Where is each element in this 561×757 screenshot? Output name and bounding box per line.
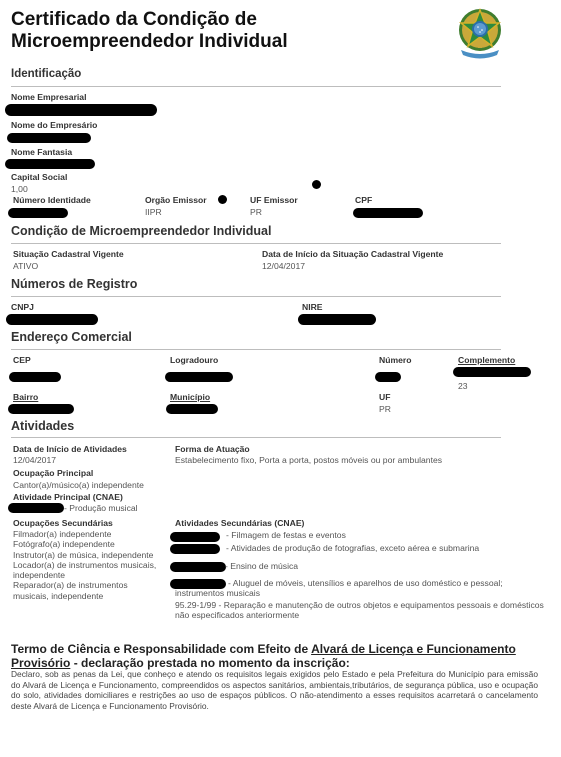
orgao-emissor-label: Orgão Emissor — [145, 195, 207, 205]
complemento-value: 23 — [458, 381, 468, 391]
redacted-logradouro — [165, 372, 233, 382]
uf-emissor-label: UF Emissor — [250, 195, 298, 205]
redaction-dot — [312, 180, 321, 189]
atividade-secundaria-desc: - Reparação e manutenção de outros objet… — [175, 600, 544, 620]
redacted-nire — [298, 314, 376, 325]
list-item: Reparador(a) de instrumentos musicais, i… — [13, 580, 163, 601]
redacted-cpf — [353, 208, 423, 218]
complemento-label: Complemento — [458, 355, 515, 365]
redacted-nome-empresarial — [5, 104, 157, 116]
data-inicio-situacao-label: Data de Início da Situação Cadastral Vig… — [262, 249, 443, 259]
cpf-label: CPF — [355, 195, 372, 205]
brazil-coat-of-arms-icon — [455, 6, 505, 62]
numero-identidade-label: Número Identidade — [13, 195, 91, 205]
cnae-code: 95.29-1/99 — [175, 600, 216, 610]
divider — [11, 296, 501, 297]
termo-heading-prefix: Termo de Ciência e Responsabilidade com … — [11, 642, 311, 656]
cep-label: CEP — [13, 355, 31, 365]
redacted-bairro — [8, 404, 74, 414]
redacted-nome-empresario — [7, 133, 91, 143]
nome-empresarial-label: Nome Empresarial — [11, 92, 86, 102]
logradouro-label: Logradouro — [170, 355, 218, 365]
redacted-cnae-code — [170, 544, 220, 554]
orgao-emissor-value: IIPR — [145, 207, 162, 217]
list-item: Fotógrafo(a) independente — [13, 539, 163, 549]
redacted-cnae-principal — [8, 503, 64, 513]
list-item: Locador(a) de instrumentos musicais, ind… — [13, 560, 163, 581]
redacted-cep — [9, 372, 61, 382]
divider — [11, 437, 501, 438]
termo-heading-suffix: - declaração prestada no momento da insc… — [70, 656, 349, 670]
atividade-secundaria-item: 95.29-1/99 - Reparação e manutenção de o… — [175, 600, 545, 621]
situacao-cadastral-label: Situação Cadastral Vigente — [13, 249, 124, 259]
redacted-cnae-code — [170, 562, 226, 572]
uf-value: PR — [379, 404, 391, 414]
uf-label: UF — [379, 392, 390, 402]
forma-atuacao-label: Forma de Atuação — [175, 444, 250, 454]
municipio-label: Município — [170, 392, 210, 402]
ocupacao-principal-label: Ocupação Principal — [13, 468, 93, 478]
atividade-secundaria-desc: - Ensino de música — [225, 561, 298, 571]
document-title: Certificado da Condição de Microempreend… — [11, 9, 331, 53]
termo-heading: Termo de Ciência e Responsabilidade com … — [11, 642, 541, 670]
data-inicio-situacao-value: 12/04/2017 — [262, 261, 305, 271]
atividade-secundaria-desc: - Atividades de produção de fotografias,… — [226, 543, 479, 553]
atividades-secundarias-label: Atividades Secundárias (CNAE) — [175, 518, 304, 528]
atividade-principal-value: - Produção musical — [64, 503, 138, 513]
section-registro-heading: Números de Registro — [11, 277, 137, 291]
nome-fantasia-label: Nome Fantasia — [11, 147, 72, 157]
redacted-cnpj — [6, 314, 98, 325]
nire-label: NIRE — [302, 302, 323, 312]
atividade-secundaria-desc: - Filmagem de festas e eventos — [226, 530, 346, 540]
title-line-2: Microempreendedor Individual — [11, 31, 331, 53]
divider — [11, 243, 501, 244]
atividade-principal-label: Atividade Principal (CNAE) — [13, 492, 123, 502]
forma-atuacao-value: Estabelecimento fixo, Porta a porta, pos… — [175, 455, 442, 465]
list-item: Instrutor(a) de música, independente — [13, 550, 163, 560]
atividade-secundaria-desc: - Aluguel de móveis, utensílios e aparel… — [175, 578, 545, 599]
redacted-complemento — [453, 367, 531, 377]
redacted-numero — [375, 372, 401, 382]
data-inicio-atividades-value: 12/04/2017 — [13, 455, 56, 465]
redacted-municipio — [166, 404, 218, 414]
numero-label: Número — [379, 355, 411, 365]
ocupacoes-secundarias-list: Filmador(a) independente Fotógrafo(a) in… — [13, 529, 163, 601]
ocupacao-principal-value: Cantor(a)/músico(a) independente — [13, 480, 144, 490]
ocupacoes-secundarias-label: Ocupações Secundárias — [13, 518, 113, 528]
redacted-cnae-code — [170, 532, 220, 542]
redacted-numero-identidade — [8, 208, 68, 218]
cnpj-label: CNPJ — [11, 302, 34, 312]
bairro-label: Bairro — [13, 392, 38, 402]
termo-body: Declaro, sob as penas da Lei, que conheç… — [11, 669, 538, 711]
divider — [11, 86, 501, 87]
nome-empresario-label: Nome do Empresário — [11, 120, 97, 130]
divider — [11, 349, 501, 350]
list-item: Filmador(a) independente — [13, 529, 163, 539]
redaction-dot — [218, 195, 227, 204]
capital-social-label: Capital Social — [11, 172, 67, 182]
capital-social-value: 1,00 — [11, 184, 28, 194]
title-line-1: Certificado da Condição de — [11, 9, 331, 31]
section-endereco-heading: Endereço Comercial — [11, 330, 132, 344]
data-inicio-atividades-label: Data de Início de Atividades — [13, 444, 127, 454]
section-condicao-heading: Condição de Microempreendedor Individual — [11, 224, 271, 238]
situacao-cadastral-value: ATIVO — [13, 261, 38, 271]
section-identificacao-heading: Identificação — [11, 68, 81, 80]
section-atividades-heading: Atividades — [11, 419, 74, 433]
uf-emissor-value: PR — [250, 207, 262, 217]
redacted-nome-fantasia — [5, 159, 95, 169]
